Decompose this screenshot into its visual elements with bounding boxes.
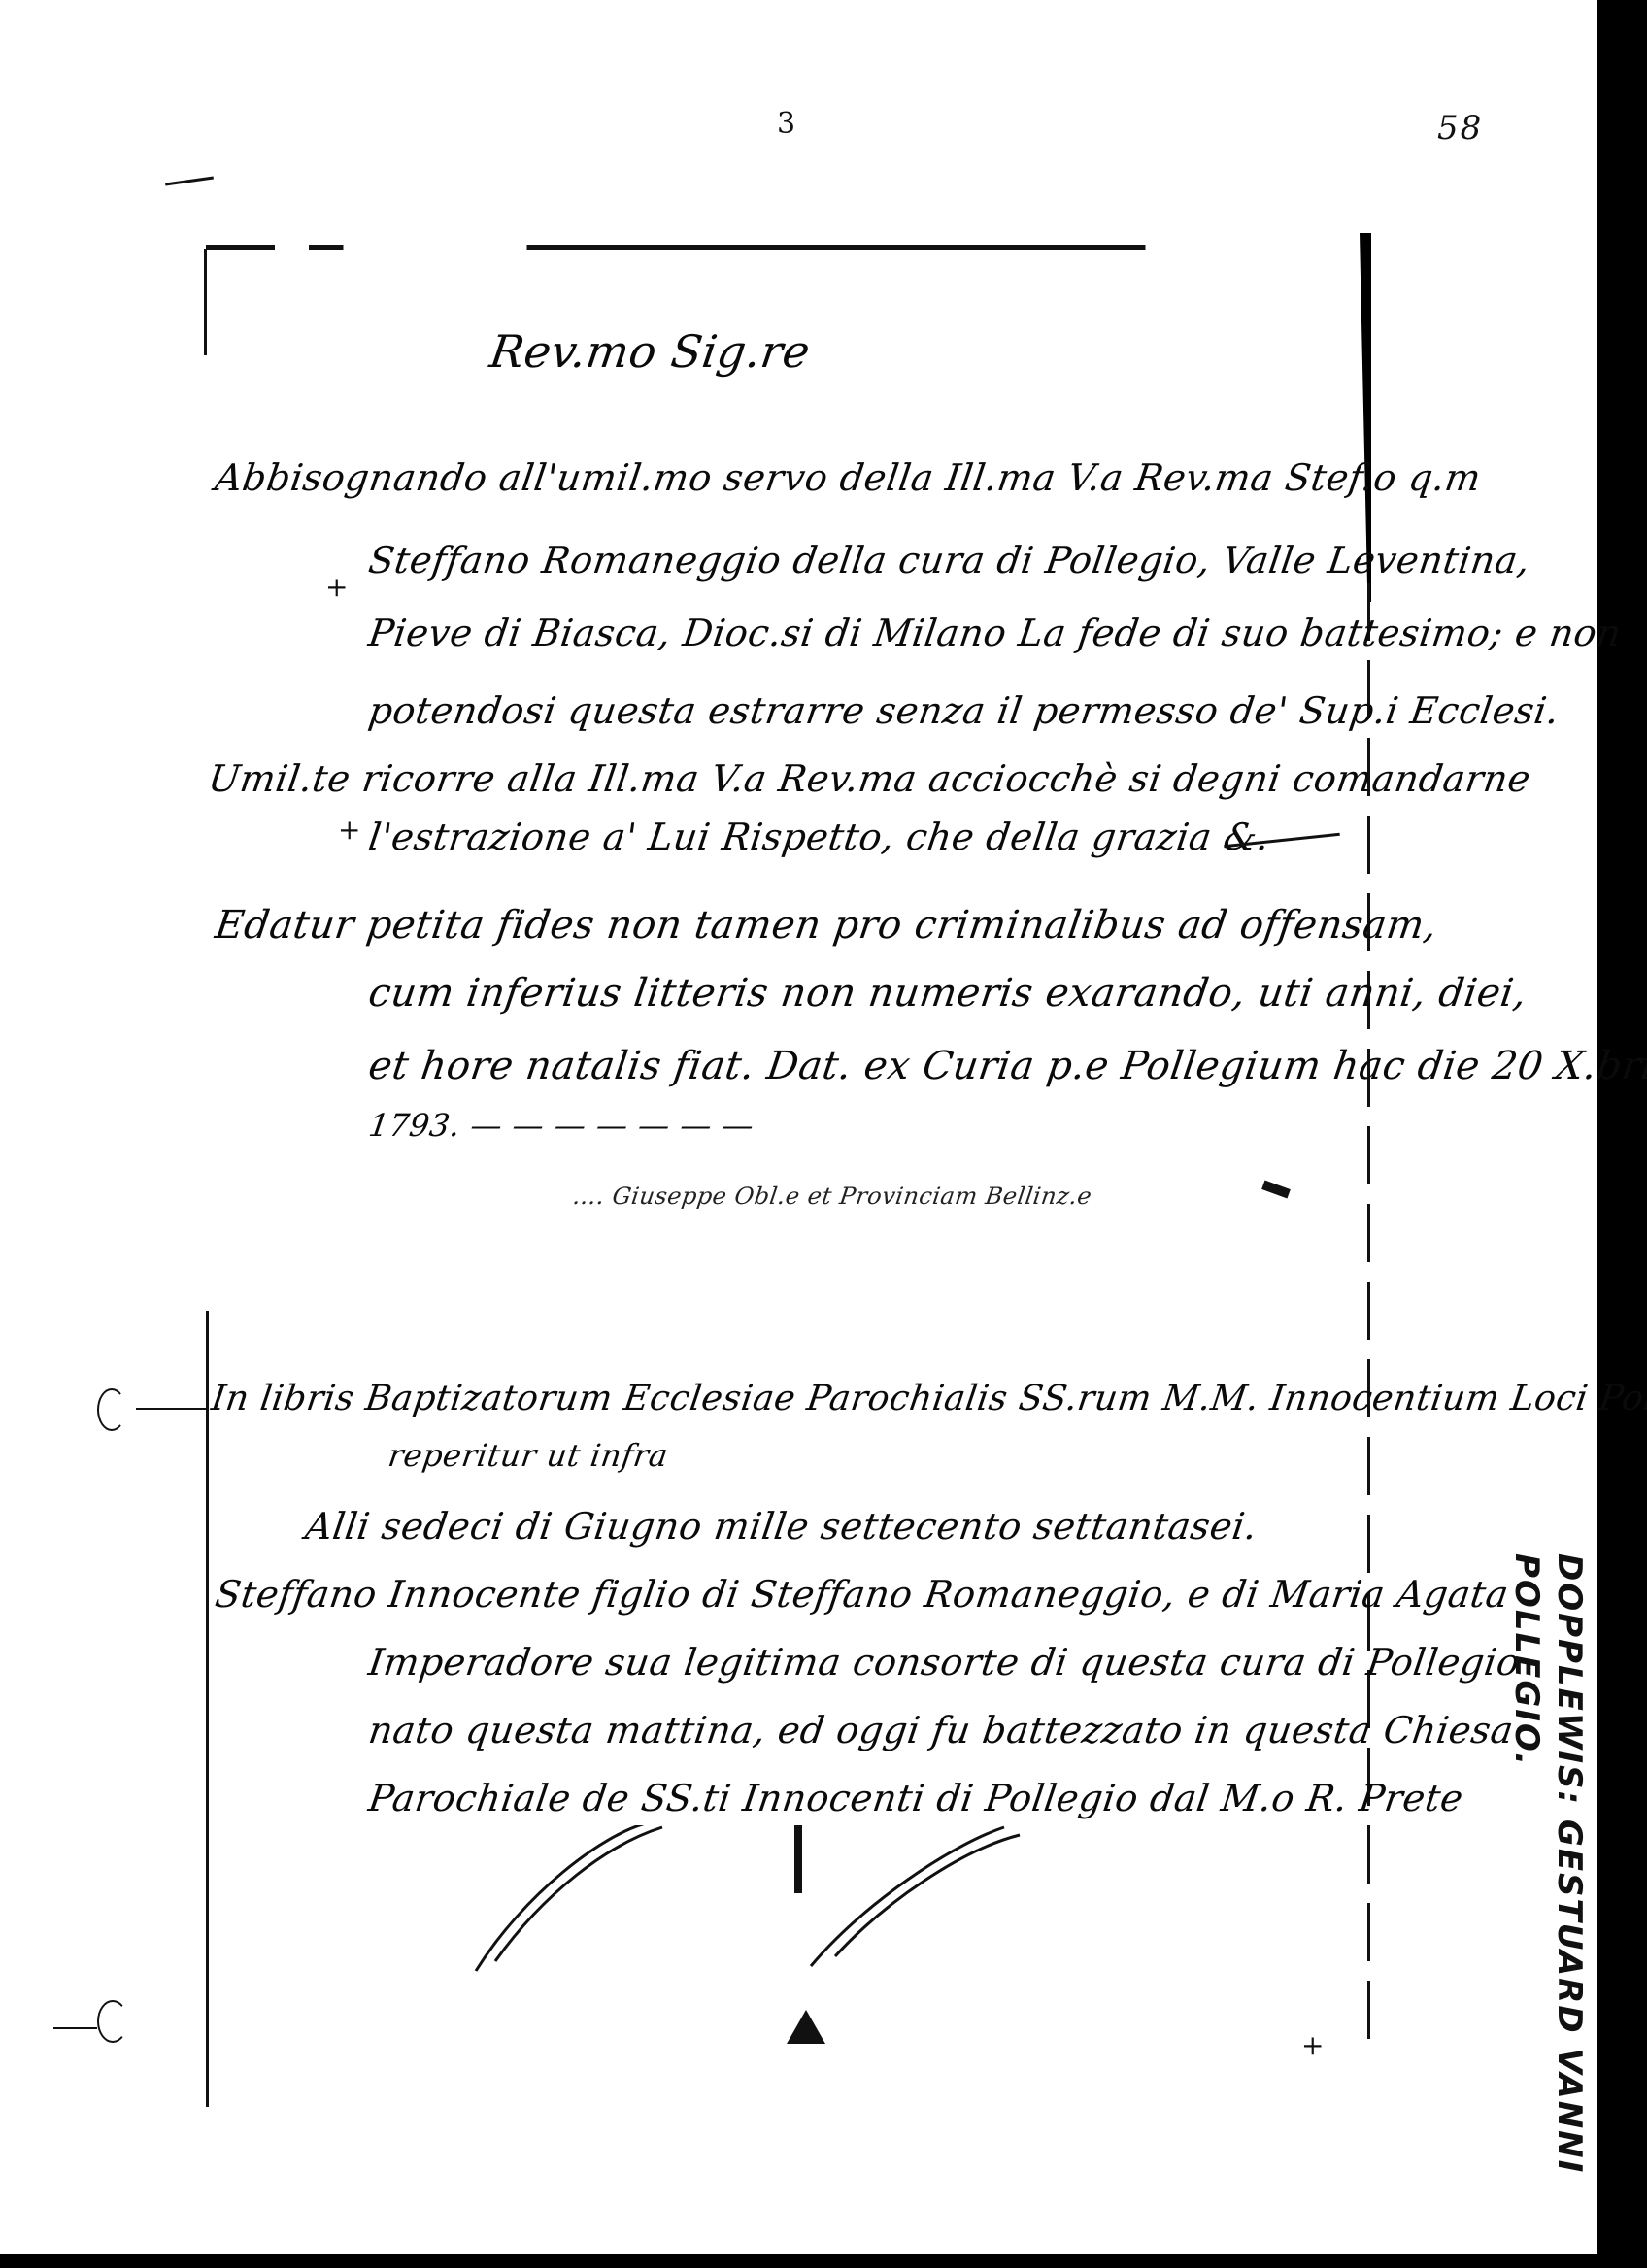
margin-note-line: POLLEGIO. <box>1507 1553 1546 1767</box>
scan-edge-right <box>1597 0 1647 2268</box>
salutation: Rev.mo Sig.re <box>487 325 814 378</box>
flourish-mark <box>1261 1181 1291 1199</box>
attestation-line: Edatur petita fides non tamen pro crimin… <box>213 903 1440 948</box>
record-header-line: reperitur ut infra <box>386 1437 670 1474</box>
plus-mark-icon: + <box>338 814 360 846</box>
binding-line <box>136 1408 209 1410</box>
folio-number: 58 <box>1437 109 1483 148</box>
petition-line: Umil.te ricorre alla Ill.ma V.a Rev.ma a… <box>206 757 1533 800</box>
binding-line <box>53 2027 97 2029</box>
record-header-line: In libris Baptizatorum Ecclesiae Parochi… <box>209 1379 1647 1418</box>
margin-note-line: DOPPLEWIS: GESTUARD VANNI <box>1550 1553 1589 2174</box>
record-entry-line: nato questa mattina, ed oggi fu battezza… <box>366 1709 1517 1751</box>
frame-left-border <box>204 249 207 355</box>
frame-right-border <box>1367 583 1370 2058</box>
plus-mark-icon: + <box>325 571 348 603</box>
record-entry-line: Parochiale de SS.ti Innocenti di Pollegi… <box>366 1777 1466 1819</box>
attestation-line: 1793. — — — — — — — <box>366 1107 756 1144</box>
petition-line: l'estrazione a' Lui Rispetto, che della … <box>366 816 1272 858</box>
petition-line: potendosi questa estrarre senza il perme… <box>366 689 1563 732</box>
scan-edge-bottom <box>0 2254 1647 2268</box>
attestation-line: cum inferius litteris non numeris exaran… <box>366 971 1529 1016</box>
petition-line: Abbisognando all'umil.mo servo della Ill… <box>213 456 1484 499</box>
record-entry-line: Imperadore sua legitima consorte di ques… <box>366 1641 1523 1684</box>
vertical-margin-note: DOPPLEWIS: GESTUARD VANNI POLLEGIO. <box>1505 1553 1591 2174</box>
punch-hole-icon <box>97 1388 126 1431</box>
petition-line: Pieve di Biasca, Dioc.si di Milano La fe… <box>366 612 1625 654</box>
top-mark: 3 <box>777 107 795 141</box>
petition-line: Steffano Romaneggio della cura di Polleg… <box>366 539 1533 582</box>
closing-strokes <box>437 1825 1117 2078</box>
record-entry-line: Steffano Innocente figlio di Steffano Ro… <box>213 1573 1512 1616</box>
punch-hole-icon <box>97 2000 128 2043</box>
signature: …. Giuseppe Obl.e et Provinciam Bellinz.… <box>571 1183 1093 1210</box>
cross-mark-icon: + <box>1301 2029 1324 2061</box>
record-date-line: Alli sedeci di Giugno mille settecento s… <box>303 1505 1260 1548</box>
frame-top-border <box>206 245 1352 250</box>
stray-mark <box>165 177 214 186</box>
frame-left-lower-border <box>206 1311 209 2107</box>
attestation-line: et hore natalis fiat. Dat. ex Curia p.e … <box>366 1044 1647 1088</box>
